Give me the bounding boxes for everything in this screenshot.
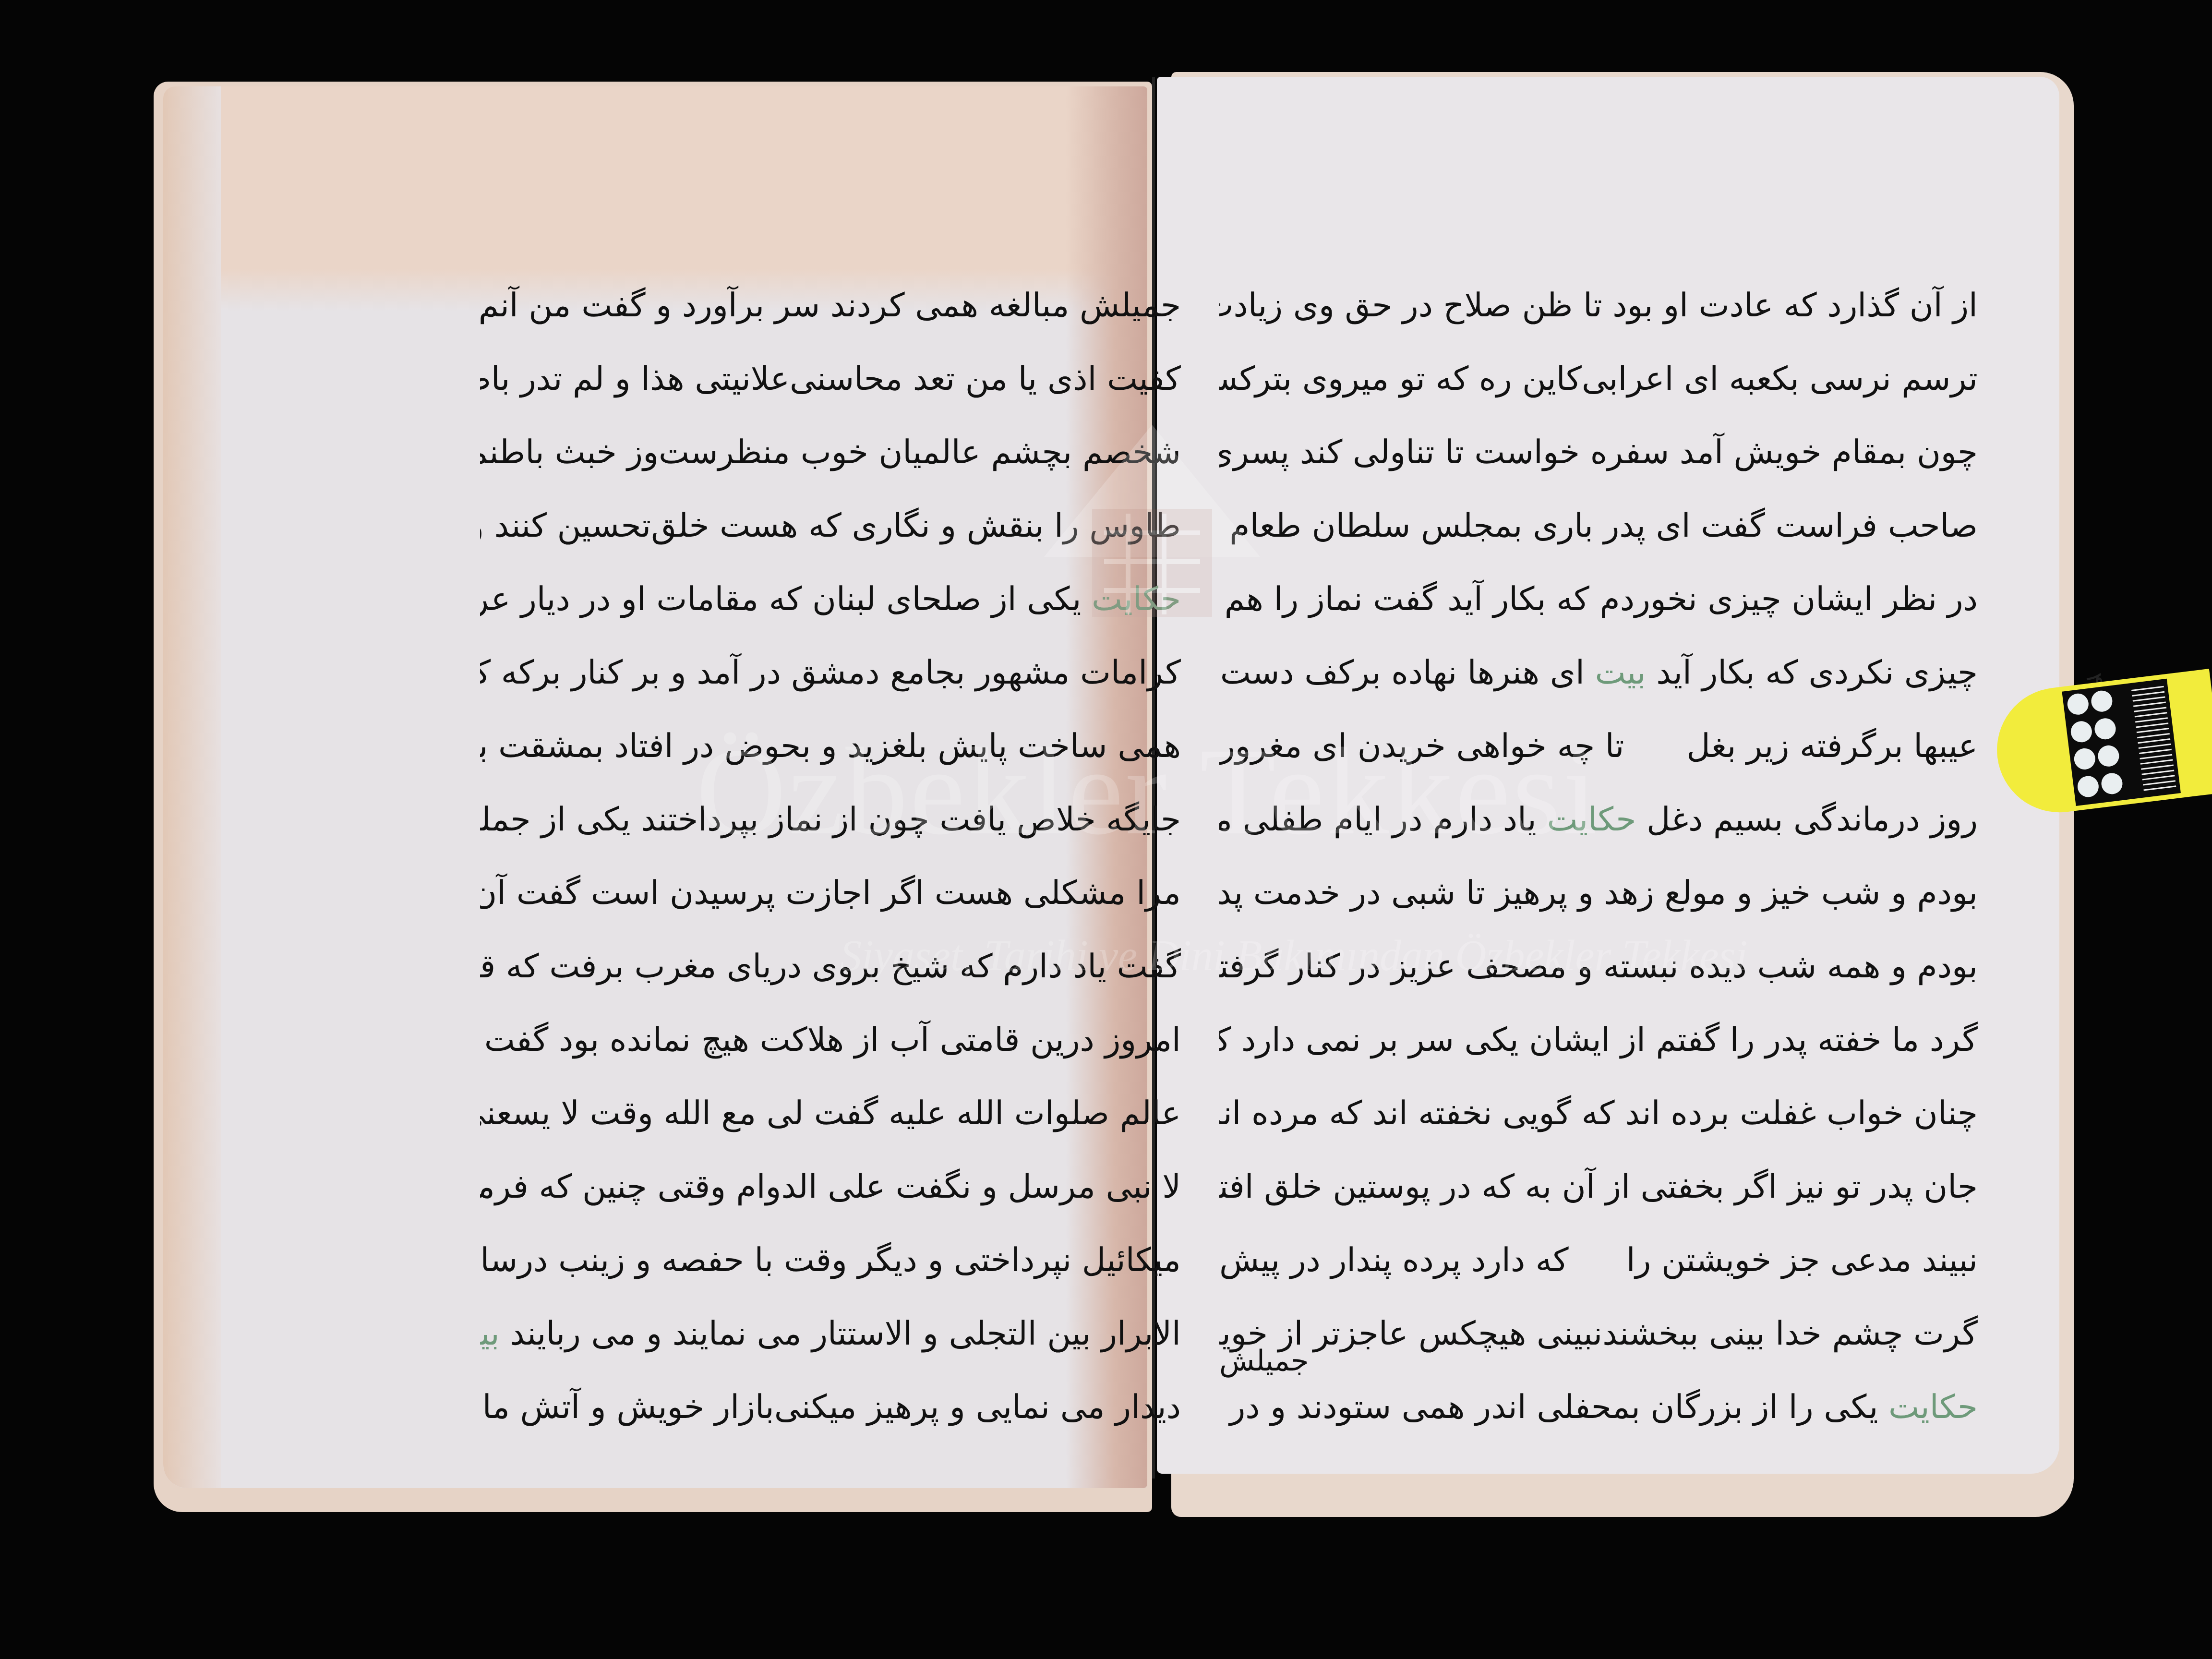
verse-hemistich: بازار خویش و آتش ما تیز میکنی [480,1370,774,1444]
target-bar [2137,728,2169,733]
catchword: جمیلش [1219,1344,1309,1378]
water-stain [163,86,221,1488]
target-dot [2066,692,2090,716]
text-line: الابرار بین التجلی و الاستتار می نمایند … [480,1297,1181,1370]
text-line: دیدار می نمایی و پرهیز میکنیبازار خویش و… [480,1370,1181,1444]
target-dot [2073,747,2096,770]
target-bar [2139,749,2172,754]
target-bar [2143,780,2176,785]
target-bar [2134,707,2166,712]
text-line: مرا مشکلی هست اگر اجازت پرسیدن است گفت آ… [480,856,1181,930]
verse-hemistich: کاین ره که تو میروی بترکستانست [1219,342,1582,416]
text-line: صاحب فراست گفت ای پدر باری بمجلس سلطان ط… [1219,489,1978,563]
verse-hemistich: تحسین کنند و او خجل از پای زشت خویش [480,489,651,563]
text-line: در نظر ایشان چیزی نخوردم که بکار آید گفت… [1219,563,1978,636]
target-dot [2093,717,2117,740]
target-pattern [2062,679,2181,806]
text-line: کفیت اذی یا من تعد محاسنیعلانیتی هذا و ل… [480,342,1181,416]
text-line: جمیلش مبالغه همی کردند سر برآورد و گفت م… [480,269,1181,342]
watermark-title: Özbekler Tekkesi [696,720,1599,864]
verse-hemistich: دیدار می نمایی و پرهیز میکنی [774,1370,1181,1444]
text-line: نبیند مدعی جز خویشتن راکه دارد پرده پندا… [1219,1224,1978,1297]
target-dot [2076,774,2100,798]
verse-hemistich: ترسم نرسی بکعبه ای اعرابی [1582,342,1978,416]
text-line: چیزی نکردی که بکار آید بیت ای هنرها نهاد… [1219,636,1978,709]
color-calibration-target [1990,669,2212,824]
verse-hemistich: نبیند مدعی جز خویشتن را [1626,1224,1978,1297]
watermark-subtitle: Siyaset, Tarihi ve Dini Bakımından Özbek… [840,931,1748,981]
target-bar [2141,765,2174,770]
text-line: جان پدر تو نیز اگر بخفتی از آن به که در … [1219,1150,1978,1224]
target-bar [2135,712,2167,717]
text-line: از آن گذارد که عادت او بود تا ظن صلاح در… [1219,269,1978,342]
text-line: چون بمقام خویش آمد سفره خواست تا تناولی … [1219,416,1978,489]
rubric-heading: بیت [480,1315,500,1353]
target-bar [2138,738,2170,744]
text-line: حکایت یکی را از بزرگان بمحفلی اندر همی س… [1219,1370,1978,1444]
target-bar [2142,775,2175,780]
text-line: امروز درین قامتی آب از هلاکت هیچ نمانده … [480,1003,1181,1077]
text-line: عالم صلوات الله علیه گفت لی مع الله وقت … [480,1077,1181,1150]
text-line: میکائیل نپرداختی و دیگر وقت با حفصه و زی… [480,1224,1181,1297]
target-bar [2141,769,2174,775]
text-line: لا نبی مرسل و نگفت علی الدوام وقتی چنین … [480,1150,1181,1224]
rubric-heading: بیت [1595,654,1646,692]
target-bar [2136,722,2168,728]
target-dot [2069,720,2093,743]
verse-hemistich: کفیت اذی یا من تعد محاسنی [790,342,1181,416]
target-dot [2100,771,2124,795]
text-line: گرد ما خفته پدر را گفتم از ایشان یکی سر … [1219,1003,1978,1077]
text-line: چنان خواب غفلت برده اند که گویی نخفته ان… [1219,1077,1978,1150]
target-dot [2090,689,2114,713]
verse-hemistich: وز خبث باطنم سر خجلت فتاده پیش [480,416,659,489]
target-bar [2135,717,2168,722]
verse-hemistich: علانیتی هذا و لم تدر باطنی [480,342,790,416]
watermark-logo-icon [1032,408,1272,658]
text-line: بودم و شب خیز و مولع زهد و پرهیز تا شبی … [1219,856,1978,930]
target-bar [2140,754,2172,759]
verse-hemistich: گرت چشم خدا بینی ببخشند [1602,1297,1978,1370]
verse-hemistich: عیبها برگرفته زیر بغل [1686,709,1978,783]
target-bar [2139,744,2171,749]
verse-hemistich: که دارد پرده پندار در پیش [1219,1224,1569,1297]
target-bar [2140,759,2173,765]
rubric-heading: حکایت [1888,1388,1978,1426]
target-bar [2131,686,2164,691]
target-dot [2097,744,2120,768]
target-bar [2143,785,2176,791]
text-line: گرت چشم خدا بینی ببخشندنبینی هیچکس عاجزت… [1219,1297,1978,1370]
target-bar [2133,701,2166,707]
manuscript-photo: جمیلش مبالغه همی کردند سر برآورد و گفت م… [0,0,2212,1659]
text-line: ترسم نرسی بکعبه ای اعرابیکاین ره که تو م… [1219,342,1978,416]
target-bar [2133,697,2165,702]
target-bar [2132,691,2164,697]
target-bar [2137,733,2170,738]
